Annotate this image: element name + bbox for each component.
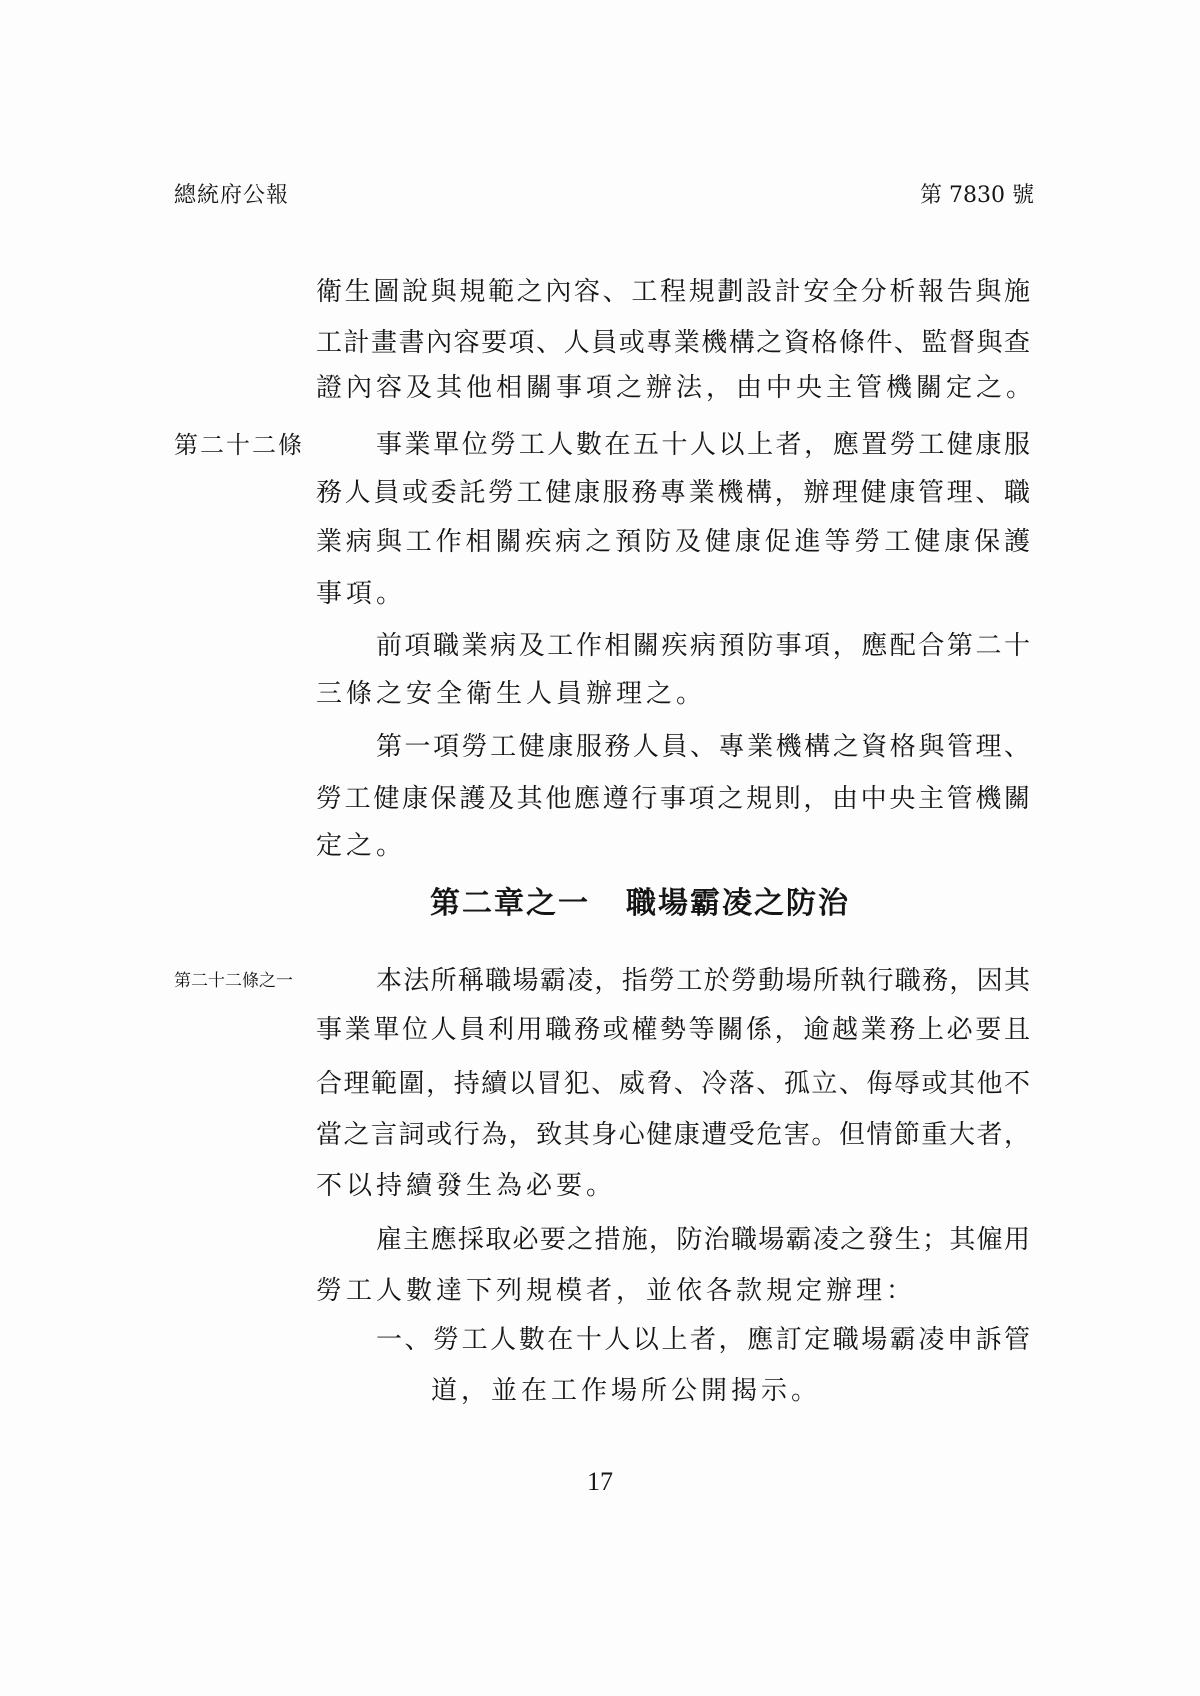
issue-number: 第 7830 號 (920, 180, 1034, 212)
body-line: 證內容及其他相關事項之辦法，由中央主管機關定之。 (316, 370, 1030, 406)
body-line: 勞工健康保護及其他應遵行事項之規則，由中央主管機關 (316, 781, 1030, 817)
body-line: 事項。 (316, 576, 1030, 612)
list-item-line: 一、勞工人數在十人以上者，應訂定職場霸凌申訴管 (376, 1322, 1030, 1358)
body-line: 第一項勞工健康服務人員、專業機構之資格與管理、 (376, 729, 1030, 765)
body-line: 本法所稱職場霸凌，指勞工於勞動場所執行職務，因其 (376, 963, 1030, 999)
body-line: 雇主應採取必要之措施，防治職場霸凌之發生；其僱用 (376, 1222, 1030, 1258)
chapter-number: 第二章之一 (430, 886, 590, 921)
body-line: 前項職業病及工作相關疾病預防事項，應配合第二十 (376, 628, 1030, 664)
body-line: 務人員或委託勞工健康服務專業機構，辦理健康管理、職 (316, 475, 1030, 511)
publication-title: 總統府公報 (174, 180, 289, 212)
body-line: 衛生圖說與規範之內容、工程規劃設計安全分析報告與施 (316, 274, 1030, 310)
article-label: 第二十二條之一 (174, 963, 293, 999)
gazette-page: 總統府公報 第 7830 號 衛生圖說與規範之內容、工程規劃設計安全分析報告與施… (0, 0, 1200, 1696)
body-line: 不以持續發生為必要。 (316, 1168, 1030, 1204)
body-line: 合理範圍，持續以冒犯、威脅、冷落、孤立、侮辱或其他不 (316, 1066, 1030, 1102)
page-number: 17 (0, 1466, 1200, 1498)
body-line: 定之。 (316, 828, 1030, 864)
body-line: 三條之安全衛生人員辦理之。 (316, 676, 1030, 712)
body-line: 工計畫書內容要項、人員或專業機構之資格條件、監督與查 (316, 325, 1030, 361)
chapter-title: 職場霸凌之防治 (626, 886, 850, 921)
body-line: 事業單位人員利用職務或權勢等關係，逾越業務上必要且 (316, 1012, 1030, 1048)
chapter-heading: 第二章之一職場霸凌之防治 (0, 884, 1200, 924)
body-line: 勞工人數達下列規模者，並依各款規定辦理： (316, 1273, 1030, 1309)
body-line: 業病與工作相關疾病之預防及健康促進等勞工健康保護 (316, 524, 1030, 560)
body-line: 事業單位勞工人數在五十人以上者，應置勞工健康服 (376, 427, 1030, 463)
article-label: 第二十二條 (174, 427, 304, 463)
list-item-line: 道，並在工作場所公開揭示。 (431, 1373, 1030, 1409)
body-line: 當之言詞或行為，致其身心健康遭受危害。但情節重大者， (316, 1117, 1030, 1153)
